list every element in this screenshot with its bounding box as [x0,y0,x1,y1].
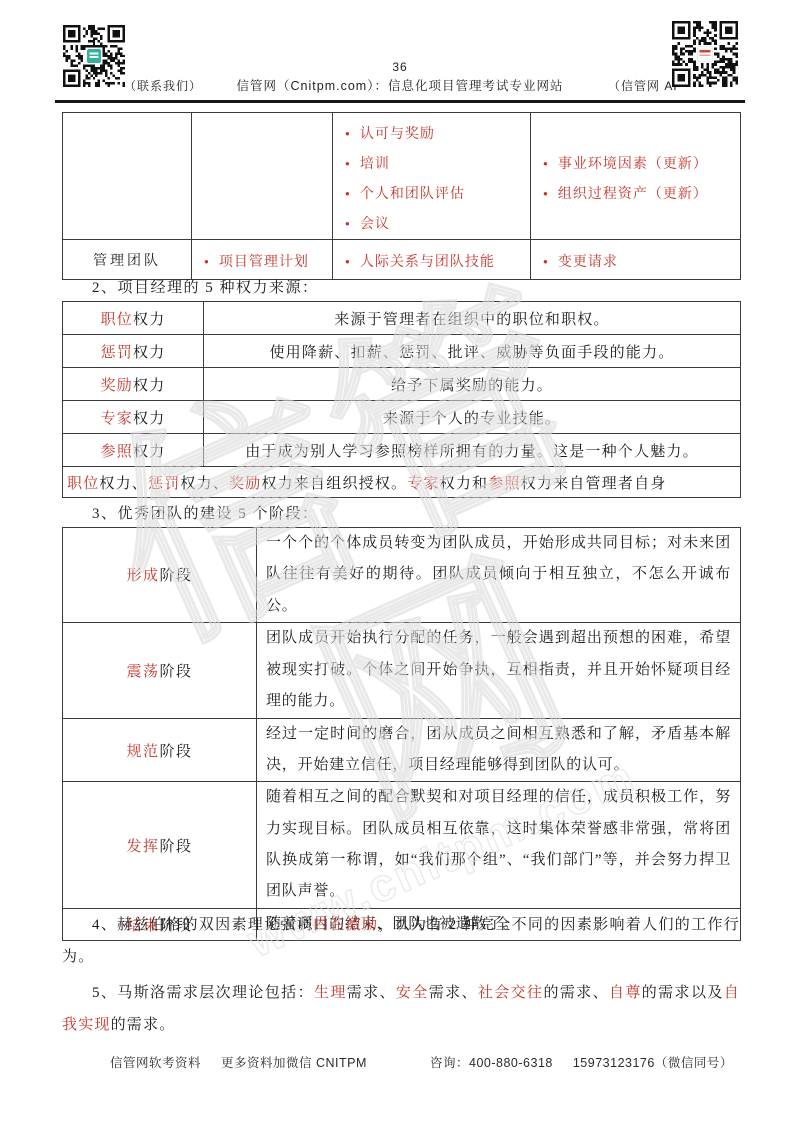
text-segment: 社会交往 [478,985,544,1001]
label-red-part: 规范 [126,744,159,760]
text-segment: 的需求。 [111,1017,176,1033]
label-black-part: 权力 [133,378,165,394]
document-page: （联系我们） 36 信管网（Cnitpm.com）：信息化项目管理考试专业网站 … [0,0,800,1131]
text-segment: 需求、 [347,985,396,1001]
bullet-icon: ● [204,246,210,278]
label-red-part: 形成 [126,568,159,584]
bullet-icon: ● [345,119,351,148]
footer-wechat: 更多资料加微信 CNITPM [221,1056,367,1070]
bullet-icon: ● [345,209,351,238]
list-item-label: 人际关系与团队技能 [360,255,495,270]
footer-left: 信管网软考资料更多资料加微信 CNITPM [110,1053,367,1071]
table-row: 职位权力来源于管理者在组织中的职位和职权。 [63,302,741,335]
table-row: 规范阶段经过一定时间的磨合，团从成员之间相互熟悉和了解，矛盾基本解决，开始建立信… [63,718,741,782]
label-black-part: 阶段 [160,568,193,584]
label-red-part: 职位 [101,312,133,328]
bullet-list: ●认可与奖励●培训●个人和团队评估●会议 [333,113,530,239]
list-item: ●项目管理计划 [204,246,332,279]
list-item-label: 项目管理计划 [219,255,309,270]
label-black-part: 权力 [133,312,165,328]
table-cell: ●事业环境因素（更新）●组织过程资产（更新） [531,113,741,240]
power-label-cell: 专家权力 [63,401,204,434]
table-cell: 管理团队 [63,240,192,280]
label-red-part: 专家 [101,411,133,427]
text-segment: 自尊 [609,985,642,1001]
text-segment: 权力来自管理者自身 [521,476,667,492]
list-item-label: 事业环境因素（更新） [558,157,708,172]
stage-label-cell: 震荡阶段 [63,622,257,718]
bullet-icon: ● [543,149,549,178]
list-item-label: 培训 [360,157,390,172]
power-sources-table: 职位权力来源于管理者在组织中的职位和职权。惩罚权力使用降薪、扣薪、惩罚、批评、威… [62,301,741,498]
label-red-part: 发挥 [126,839,159,855]
stage-label-cell: 规范阶段 [63,718,257,782]
header-divider [55,100,745,103]
table-row: 参照权力由于成为别人学习参照榜样所拥有的力量。这是一种个人魅力。 [63,434,741,467]
label-black-part: 权力 [133,444,165,460]
table-cell [192,113,333,240]
footer-phone: 15973123176（微信同号） [573,1056,733,1070]
bullet-list: ●人际关系与团队技能 [333,240,530,279]
power-label-cell: 奖励权力 [63,368,204,401]
bullet-list: ●变更请求 [531,240,740,279]
stage-label-cell: 发挥阶段 [63,782,257,908]
text-segment: 安全 [396,985,429,1001]
label-black-part: 阶段 [160,664,193,680]
section2-heading: 2、项目经理的 5 种权力来源： [92,276,319,297]
power-desc-cell: 使用降薪、扣薪、惩罚、批评、威胁等负面手段的能力。 [204,335,741,368]
section3-heading: 3、优秀团队的建设 5 个阶段： [92,502,319,523]
table-row: 奖励权力给予下属奖励的能力。 [63,368,741,401]
bullet-icon: ● [543,179,549,208]
power-desc-cell: 给予下属奖励的能力。 [204,368,741,401]
table-cell: ●项目管理计划 [192,240,333,280]
list-item-label: 认可与奖励 [360,127,435,142]
bullet-icon: ● [543,246,549,278]
bullet-icon: ● [345,149,351,178]
text-segment: 的需求、 [543,985,609,1001]
list-item: ●变更请求 [543,246,740,279]
label-red-part: 震荡 [126,664,159,680]
table-row: ●认可与奖励●培训●个人和团队评估●会议●事业环境因素（更新）●组织过程资产（更… [63,113,741,240]
text-segment: 5、马斯洛需求层次理论包括： [92,985,314,1001]
list-item: ●培训 [345,149,530,179]
text-segment: 需求、 [429,985,478,1001]
team-stages-table: 形成阶段一个个的个体成员转变为团队成员，开始形成共同目标；对未来团队往往有美好的… [62,527,741,941]
table-row: 发挥阶段随着相互之间的配合默契和对项目经理的信任，成员积极工作，努力实现目标。团… [63,782,741,908]
list-item: ●人际关系与团队技能 [345,246,530,279]
text-segment: 4、赫兹伯格的双因素理论强调 [92,917,313,933]
footer-hotline: 咨询：400-880-6318 [430,1056,553,1070]
table-cell [63,113,192,240]
table-cell: ●人际关系与团队技能 [333,240,531,280]
power-desc-cell: 来源于个人的专业技能。 [204,401,741,434]
stage-desc-cell: 随着相互之间的配合默契和对项目经理的信任，成员积极工作，努力实现目标。团队成员相… [257,782,741,908]
text-segment: 生理 [314,985,347,1001]
label-red-part: 奖励 [101,378,133,394]
list-item: ●会议 [345,209,530,239]
text-segment: 的需求以及 [642,985,724,1001]
process-io-table: ●认可与奖励●培训●个人和团队评估●会议●事业环境因素（更新）●组织过程资产（更… [62,112,741,280]
body-paragraphs: 4、赫兹伯格的双因素理论强调内在激励，认为有 2 种完全不同的因素影响着人们的工… [62,910,740,1046]
table-row: 职位权力、惩罚权力、奖励权力来自组织授权。专家权力和参照权力来自管理者自身 [63,467,741,498]
label-black-part: 权力 [133,411,165,427]
stage-desc-cell: 团队成员开始执行分配的任务，一般会遇到超出预想的困难，希望被现实打破。个体之间开… [257,622,741,718]
power-label-cell: 职位权力 [63,302,204,335]
label-red-part: 参照 [101,444,133,460]
list-item-label: 组织过程资产（更新） [558,187,708,202]
list-item-label: 会议 [360,217,390,232]
text-segment: 惩罚 [148,476,180,492]
list-item-label: 变更请求 [558,255,618,270]
paragraph: 4、赫兹伯格的双因素理论强调内在激励，认为有 2 种完全不同的因素影响着人们的工… [62,910,740,973]
footer-brand: 信管网软考资料 [110,1056,201,1070]
bullet-list: ●项目管理计划 [192,240,332,279]
text-segment: 奖励 [229,476,261,492]
power-desc-cell: 来源于管理者在组织中的职位和职权。 [204,302,741,335]
text-segment: 权力、 [99,476,148,492]
qr-code-app-icon [672,21,738,87]
bullet-icon: ● [345,179,351,208]
table-row: 形成阶段一个个的个体成员转变为团队成员，开始形成共同目标；对未来团队往往有美好的… [63,528,741,623]
text-segment: 职位 [67,476,99,492]
list-item: ●个人和团队评估 [345,179,530,209]
bullet-list: ●事业环境因素（更新）●组织过程资产（更新） [531,143,740,209]
list-item: ●组织过程资产（更新） [543,179,740,209]
text-segment: 参照 [488,476,520,492]
text-segment: 专家 [407,476,439,492]
stage-desc-cell: 经过一定时间的磨合，团从成员之间相互熟悉和了解，矛盾基本解决，开始建立信任，项目… [257,718,741,782]
label-black-part: 阶段 [160,839,193,855]
label-red-part: 惩罚 [101,345,133,361]
paragraph: 5、马斯洛需求层次理论包括：生理需求、安全需求、社会交往的需求、自尊的需求以及自… [62,978,740,1041]
bullet-icon: ● [345,246,351,278]
stage-label-cell: 形成阶段 [63,528,257,623]
table-cell: ●变更请求 [531,240,741,280]
table-row: 惩罚权力使用降薪、扣薪、惩罚、批评、威胁等负面手段的能力。 [63,335,741,368]
label-black-part: 阶段 [160,744,193,760]
power-label-cell: 惩罚权力 [63,335,204,368]
power-desc-cell: 由于成为别人学习参照榜样所拥有的力量。这是一种个人魅力。 [204,434,741,467]
table-row: 专家权力来源于个人的专业技能。 [63,401,741,434]
footer-right: 咨询：400-880-631815973123176（微信同号） [430,1053,733,1071]
power-label-cell: 参照权力 [63,434,204,467]
list-item: ●认可与奖励 [345,119,530,149]
list-item: ●事业环境因素（更新） [543,149,740,179]
power-summary-cell: 职位权力、惩罚权力、奖励权力来自组织授权。专家权力和参照权力来自管理者自身 [63,467,741,498]
text-segment: 内在激励 [313,917,378,933]
list-item-label: 个人和团队评估 [360,187,465,202]
stage-desc-cell: 一个个的个体成员转变为团队成员，开始形成共同目标；对未来团队往往有美好的期待。团… [257,528,741,623]
table-cell: ●认可与奖励●培训●个人和团队评估●会议 [333,113,531,240]
table-row: 管理团队●项目管理计划●人际关系与团队技能●变更请求 [63,240,741,280]
label-black-part: 权力 [133,345,165,361]
text-segment: 权力和 [440,476,489,492]
table-row: 震荡阶段团队成员开始执行分配的任务，一般会遇到超出预想的困难，希望被现实打破。个… [63,622,741,718]
text-segment: 权力来自组织授权。 [261,476,407,492]
text-segment: 权力、 [180,476,229,492]
